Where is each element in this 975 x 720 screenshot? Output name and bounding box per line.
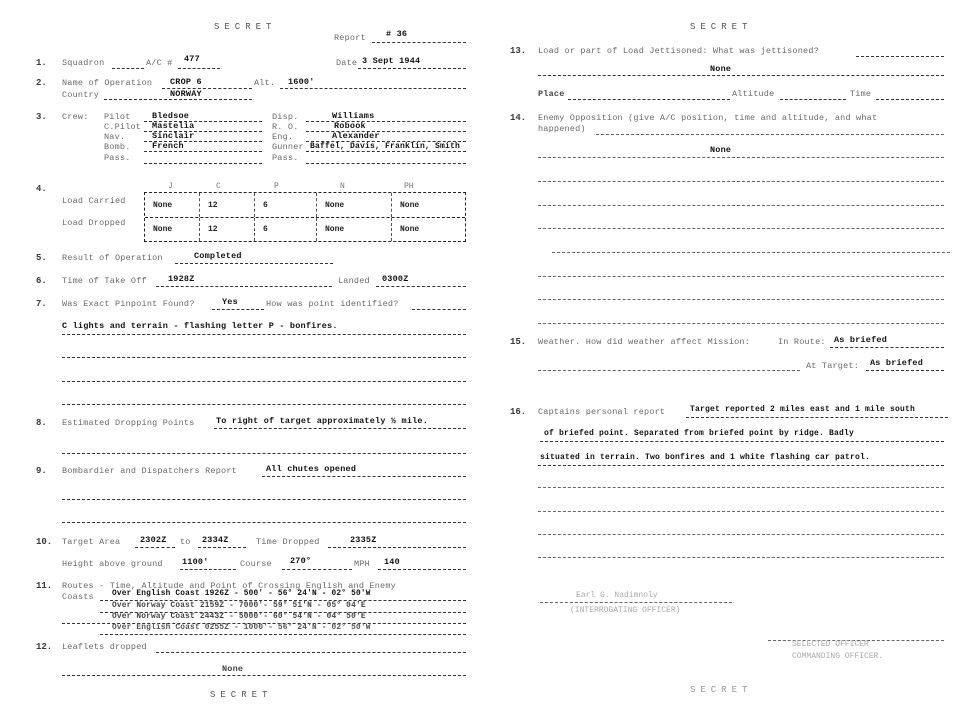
item-number: 14.	[510, 113, 526, 123]
classification-footer: SECRET	[210, 690, 272, 700]
result-field[interactable]	[175, 263, 333, 264]
crew-role-ro: R. O.	[272, 122, 299, 132]
load-col-ph: PH	[404, 182, 414, 191]
item-number: 1.	[36, 58, 47, 68]
takeoff-value: 1928Z	[168, 274, 195, 284]
bombardier-report-field[interactable]	[262, 476, 466, 477]
load-cell: None	[392, 193, 465, 217]
crew-role-pass2: Pass.	[272, 153, 299, 163]
dropping-points-field[interactable]	[214, 428, 466, 429]
crew-role-pass: Pass.	[104, 153, 131, 163]
how-identified-line-3[interactable]	[62, 381, 466, 382]
mph-value: 140	[384, 557, 400, 567]
how-identified-line-2[interactable]	[62, 357, 466, 358]
jettison-line-2[interactable]	[538, 75, 944, 76]
takeoff-label: Time of Take Off	[62, 276, 147, 286]
squadron-field[interactable]	[112, 68, 144, 69]
classification-header: SECRET	[690, 22, 752, 32]
item-number: 12.	[36, 642, 52, 652]
item-number: 11.	[36, 581, 52, 591]
crew-role-disp: Disp.	[272, 112, 299, 122]
bombardier-report-label: Bombardier and Dispatchers Report	[62, 466, 237, 476]
crew-role-nav: Nav.	[104, 132, 125, 142]
ac-label: A/C #	[146, 58, 173, 68]
load-cell: 12	[200, 218, 255, 241]
load-cell: 6	[255, 193, 317, 217]
route-line	[100, 634, 466, 635]
item-number: 4.	[36, 184, 47, 194]
item-number: 13.	[510, 46, 526, 56]
at-target-field[interactable]	[866, 370, 944, 371]
course-label: Course	[240, 559, 272, 569]
time-dropped-label: Time Dropped	[256, 537, 320, 547]
weather-label: Weather. How did weather affect Mission:	[538, 337, 750, 347]
bombardier-report-line-3[interactable]	[62, 522, 466, 523]
crew-role-copilot: C.Pilot	[104, 122, 141, 132]
how-identified-label: How was point identified?	[266, 299, 399, 309]
item-number: 7.	[36, 299, 47, 309]
crew-field-disp[interactable]	[306, 121, 466, 122]
jettison-field[interactable]	[856, 56, 944, 57]
altitude-label: Altitude	[732, 89, 774, 99]
leaflets-value: None	[222, 664, 243, 674]
in-route-label: In Route:	[778, 337, 826, 347]
alt-value: 1600'	[288, 77, 315, 87]
jettison-value: None	[710, 64, 731, 74]
captains-report-field[interactable]	[540, 441, 944, 442]
crew-name-gunner: Baffel, Davis, Franklin, Smith	[310, 142, 460, 151]
ac-field[interactable]	[178, 68, 220, 69]
captains-report-line[interactable]	[538, 511, 944, 512]
in-route-value: As briefed	[834, 335, 887, 345]
enemy-opposition-line[interactable]	[538, 228, 944, 229]
crew-name-pilot: Bledsoe	[152, 111, 189, 121]
captains-report-line-1: Target reported 2 miles east and 1 mile …	[690, 405, 915, 414]
load-col-n: N	[340, 182, 345, 191]
load-cell: None	[392, 218, 465, 241]
landed-value: 0300Z	[382, 274, 409, 284]
ac-value: 477	[184, 54, 200, 64]
operation-label: Name of Operation	[62, 78, 152, 88]
pinpoint-field[interactable]	[212, 309, 264, 310]
crew-field-pass[interactable]	[144, 163, 262, 164]
country-label: Country	[62, 90, 99, 100]
operation-value: CROP 6	[170, 77, 202, 87]
routes-label-coasts: Coasts	[62, 592, 94, 602]
how-identified-line-4[interactable]	[62, 404, 466, 405]
height-field[interactable]	[180, 569, 236, 570]
report-line	[372, 42, 466, 43]
interrogating-officer-title: (INTERROGATING OFFICER)	[570, 606, 680, 615]
pinpoint-value: Yes	[222, 297, 238, 307]
alt-field[interactable]	[280, 88, 466, 89]
route-entry: Over English Coast 1926Z - 500' - 56° 24…	[112, 590, 371, 598]
route-line	[100, 600, 466, 601]
load-row-carried: None 12 6 None None	[145, 193, 465, 217]
time-dropped-value: 2335Z	[350, 535, 377, 545]
interrogating-officer-name: Earl G. Nadimnoly	[576, 591, 658, 600]
leaflets-label: Leaflets dropped	[62, 642, 147, 652]
result-label: Result of Operation	[62, 253, 163, 263]
height-value: 1100'	[182, 557, 209, 567]
route-entry: Over English Coast 0255Z - 1000'- 56° 24…	[112, 624, 371, 632]
report-label: Report	[334, 33, 366, 43]
report-page-left: SECRET Report # 36 1. Squadron A/C # 477…	[0, 0, 490, 720]
weather-line[interactable]	[538, 370, 800, 371]
at-target-value: As briefed	[870, 358, 923, 368]
load-row-dropped: None 12 6 None None	[145, 217, 465, 241]
signature-line-1	[540, 602, 732, 603]
crew-name-nav: Sinclair	[152, 131, 194, 141]
load-cell: None	[317, 218, 392, 241]
load-col-c: C	[216, 182, 221, 191]
leaflets-line-2[interactable]	[62, 675, 466, 676]
load-col-p: P	[274, 182, 279, 191]
country-value: NORWAY	[170, 89, 202, 99]
route-entry: Over Norway Coast 2443Z - 5000'- 60° 54'…	[112, 613, 366, 621]
date-value: 3 Sept 1944	[362, 56, 420, 66]
target-area-from: 2302Z	[140, 535, 167, 545]
captains-report-line-2: of briefed point. Separated from briefed…	[544, 429, 854, 438]
item-number: 9.	[36, 466, 47, 476]
crew-name-copilot: Mastelia	[152, 121, 194, 131]
result-value: Completed	[194, 251, 242, 261]
load-col-j: J	[168, 182, 173, 191]
captains-report-field[interactable]	[538, 465, 944, 466]
captains-report-line-3: situated in terrain. Two bonfires and 1 …	[540, 453, 870, 462]
item-number: 10.	[36, 537, 52, 547]
route-entry: Over Norway Coast 2159Z - 7000'- 59° 51'…	[112, 602, 366, 610]
enemy-opposition-line[interactable]	[538, 157, 944, 158]
commanding-officer-title: COMMANDING OFFICER.	[792, 652, 883, 661]
report-page-right: SECRET 13. Load or part of Load Jettison…	[490, 0, 975, 720]
enemy-opposition-line[interactable]	[538, 276, 944, 277]
load-cell: None	[317, 193, 392, 217]
mph-label: MPH	[354, 559, 370, 569]
country-field[interactable]	[104, 99, 252, 100]
how-identified-line-1[interactable]	[62, 334, 466, 335]
crew-role-gunner: Gunner	[272, 142, 304, 152]
item-number: 5.	[36, 253, 47, 263]
target-area-to-field[interactable]	[198, 547, 246, 548]
crew-role-eng: Eng.	[272, 132, 293, 142]
crew-field-pass2[interactable]	[306, 163, 466, 164]
time-label: Time	[850, 89, 871, 99]
enemy-opposition-line[interactable]	[538, 205, 944, 206]
bombardier-report-line-2[interactable]	[62, 499, 466, 500]
bombardier-report-value: All chutes opened	[266, 464, 356, 474]
course-value: 270°	[290, 556, 311, 566]
dropping-points-value: To right of target approximately ½ mile.	[216, 416, 428, 426]
item-number: 16.	[510, 407, 526, 417]
place-label: Place	[538, 89, 565, 99]
mph-field[interactable]	[378, 569, 466, 570]
crew-field-ro[interactable]	[306, 131, 466, 132]
crew-field-gunner[interactable]	[306, 151, 466, 152]
to-label: to	[180, 537, 191, 547]
altitude-field[interactable]	[780, 99, 846, 100]
crew-name-disp: Williams	[332, 111, 374, 121]
item-number: 3.	[36, 112, 47, 122]
load-cell: 12	[200, 193, 255, 217]
takeoff-field[interactable]	[156, 286, 332, 287]
crew-name-ro: Robook	[334, 121, 366, 131]
height-label: Height above ground	[62, 559, 163, 569]
landed-field[interactable]	[376, 286, 466, 287]
load-carried-label: Load Carried	[62, 196, 126, 206]
enemy-opposition-value: None	[710, 145, 731, 155]
load-cell: 6	[255, 218, 317, 241]
report-number: # 36	[386, 29, 407, 39]
time-field[interactable]	[876, 99, 944, 100]
crew-name-bomb: French	[152, 141, 184, 151]
enemy-opposition-line[interactable]	[538, 299, 944, 300]
place-field[interactable]	[568, 99, 730, 100]
load-table: None 12 6 None None None 12 6 None None	[144, 192, 466, 242]
date-label: Date	[336, 58, 357, 68]
crew-role-pilot: Pilot	[104, 112, 131, 122]
commanding-officer-name: SELECTED OFFICER	[792, 640, 869, 649]
pinpoint-label: Was Exact Pinpoint Found?	[62, 299, 195, 309]
crew-field-bomb[interactable]	[144, 151, 262, 152]
in-route-field[interactable]	[830, 347, 944, 348]
crew-role-bomb: Bomb.	[104, 142, 131, 152]
date-field[interactable]	[358, 68, 466, 69]
time-dropped-field[interactable]	[328, 547, 466, 548]
load-cell: None	[145, 218, 200, 241]
captains-report-field[interactable]	[686, 417, 948, 418]
captains-report-line[interactable]	[538, 557, 944, 558]
crew-label: Crew:	[62, 112, 89, 122]
captains-report-line[interactable]	[538, 487, 944, 488]
item-number: 8.	[36, 418, 47, 428]
at-target-label: At Target:	[806, 361, 859, 371]
how-identified-field[interactable]	[412, 309, 466, 310]
crew-name-eng: Alexander	[332, 131, 380, 141]
classification-header: SECRET	[214, 22, 276, 32]
leaflets-field[interactable]	[156, 652, 466, 653]
captains-report-line[interactable]	[538, 534, 944, 535]
item-number: 2.	[36, 78, 47, 88]
item-number: 15.	[510, 337, 526, 347]
enemy-opposition-line[interactable]	[538, 181, 944, 182]
landed-label: Landed	[338, 276, 370, 286]
enemy-opposition-label: Enemy Opposition (give A/C position, tim…	[538, 113, 877, 123]
jettison-label: Load or part of Load Jettisoned: What wa…	[538, 46, 819, 56]
captains-report-label: Captains personal report	[538, 407, 665, 417]
target-area-label: Target Area	[62, 537, 120, 547]
item-number: 6.	[36, 276, 47, 286]
how-identified-value: C lights and terrain - flashing letter P…	[62, 321, 338, 331]
classification-footer: SECRET	[690, 685, 752, 695]
dropping-points-label: Estimated Dropping Points	[62, 418, 195, 428]
target-area-to: 2334Z	[202, 535, 229, 545]
course-field[interactable]	[282, 569, 352, 570]
alt-label: Alt.	[254, 78, 275, 88]
enemy-opposition-label-2: happened)	[538, 124, 586, 134]
dropping-points-line-2[interactable]	[62, 453, 466, 454]
load-dropped-label: Load Dropped	[62, 218, 126, 228]
target-area-from-field[interactable]	[135, 547, 175, 548]
enemy-opposition-line[interactable]	[552, 252, 950, 253]
enemy-opposition-line[interactable]	[538, 323, 944, 324]
load-cell: None	[145, 193, 200, 217]
squadron-label: Squadron	[62, 58, 104, 68]
enemy-opposition-field[interactable]	[596, 134, 944, 135]
